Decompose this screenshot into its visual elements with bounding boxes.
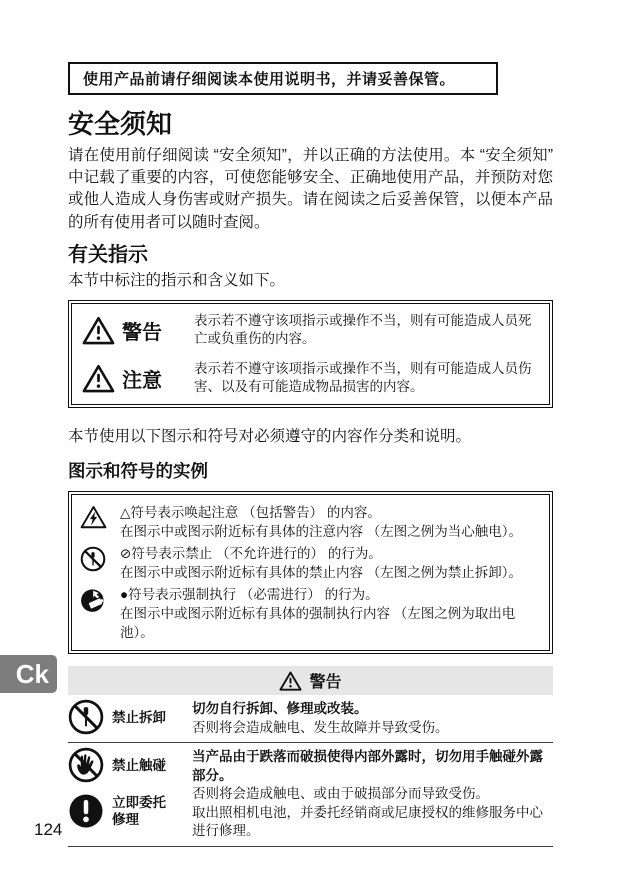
definition-label: 注意 [122, 364, 162, 393]
symbol-example-text: △符号表示唤起注意 （包括警告） 的内容。 在图示中或图示附近标有具体的注意内容… [120, 503, 545, 541]
definition-row-warning: 警告 表示若不遵守该项指示或操作不当，则有可能造成人员死亡或负重伤的内容。 [82, 312, 543, 348]
instructions-lead: 本节中标注的指示和含义如下。 [68, 270, 553, 292]
definitions-box: 警告 表示若不遵守该项指示或操作不当，则有可能造成人员死亡或负重伤的内容。 注意 [68, 300, 553, 408]
symbol-example-attention: △符号表示唤起注意 （包括警告） 的内容。 在图示中或图示附近标有具体的注意内容… [80, 503, 545, 541]
language-tab-label: Ck [16, 659, 49, 690]
definition-label: 警告 [122, 316, 162, 345]
electric-shock-triangle-icon [80, 503, 120, 541]
symbol-example-text: ⊘符号表示禁止 （不允许进行的） 的行为。 在图示中或图示附近标有具体的禁止内容… [120, 544, 545, 582]
manual-page: 使用产品前请仔细阅读本使用说明书，并请妥善保管。 安全须知 请在使用前仔细阅读 … [0, 0, 621, 875]
language-tab-ck: Ck [0, 655, 57, 693]
symbol-examples-box: △符号表示唤起注意 （包括警告） 的内容。 在图示中或图示附近标有具体的注意内容… [68, 491, 553, 654]
warning-row-text: 切勿自行拆卸、修理或改装。 否则将会造成触电、发生故障并导致受伤。 [192, 699, 553, 737]
read-before-use-notice: 使用产品前请仔细阅读本使用说明书，并请妥善保管。 [68, 62, 498, 95]
classification-note: 本节使用以下图示和符号对必须遵守的内容作分类和说明。 [68, 426, 553, 448]
definition-text: 表示若不遵守该项指示或操作不当，则有可能造成人员伤害、以及有可能造成物品损害的内… [194, 360, 543, 396]
warning-row-no-disassemble: 禁止拆卸 切勿自行拆卸、修理或改装。 否则将会造成触电、发生故障并导致受伤。 [68, 695, 553, 742]
mandatory-icon [68, 793, 104, 829]
warning-row-no-touch-repair: 禁止触碰 立即委托修理 当产品由于跌落而破损使得内部外露时，切勿用手触碰外露部分… [68, 742, 553, 847]
definition-row-caution: 注意 表示若不遵守该项指示或操作不当，则有可能造成人员伤害、以及有可能造成物品损… [82, 360, 543, 396]
page-title: 安全须知 [68, 108, 553, 141]
page-number: 124 [34, 820, 62, 840]
safety-intro-paragraph: 请在使用前仔细阅读 “安全须知”，并以正确的方法使用。本 “安全须知” 中记载了… [68, 145, 553, 235]
no-touch-icon [68, 747, 104, 783]
section-title-instructions: 有关指示 [68, 242, 553, 268]
warning-triangle-icon [82, 316, 115, 345]
symbol-example-prohibited: ⊘符号表示禁止 （不允许进行的） 的行为。 在图示中或图示附近标有具体的禁止内容… [80, 544, 545, 582]
symbol-example-mandatory: ●符号表示强制执行 （必需进行） 的行为。 在图示中或图示附近标有具体的强制执行… [80, 585, 545, 642]
symbol-example-text: ●符号表示强制执行 （必需进行） 的行为。 在图示中或图示附近标有具体的强制执行… [120, 585, 545, 642]
warning-table-header: 警告 [68, 666, 553, 695]
remove-battery-icon [80, 585, 120, 642]
warning-row-label: 禁止拆卸 [112, 709, 174, 726]
notice-text: 使用产品前请仔细阅读本使用说明书，并请妥善保管。 [83, 71, 455, 88]
warning-header-label: 警告 [309, 669, 341, 692]
warning-row-label: 禁止触碰 [112, 757, 174, 774]
warning-row-label: 立即委托修理 [112, 794, 174, 828]
warning-triangle-icon [82, 364, 115, 393]
warning-row-text: 当产品由于跌落而破损使得内部外露时，切勿用手触碰外露部分。 否则将会造成触电、或… [192, 747, 553, 841]
no-disassemble-icon [80, 544, 120, 582]
symbols-title: 图示和符号的实例 [68, 460, 553, 483]
no-disassemble-icon [68, 699, 104, 735]
warning-triangle-icon [279, 671, 302, 691]
definition-text: 表示若不遵守该项指示或操作不当，则有可能造成人员死亡或负重伤的内容。 [194, 312, 543, 348]
